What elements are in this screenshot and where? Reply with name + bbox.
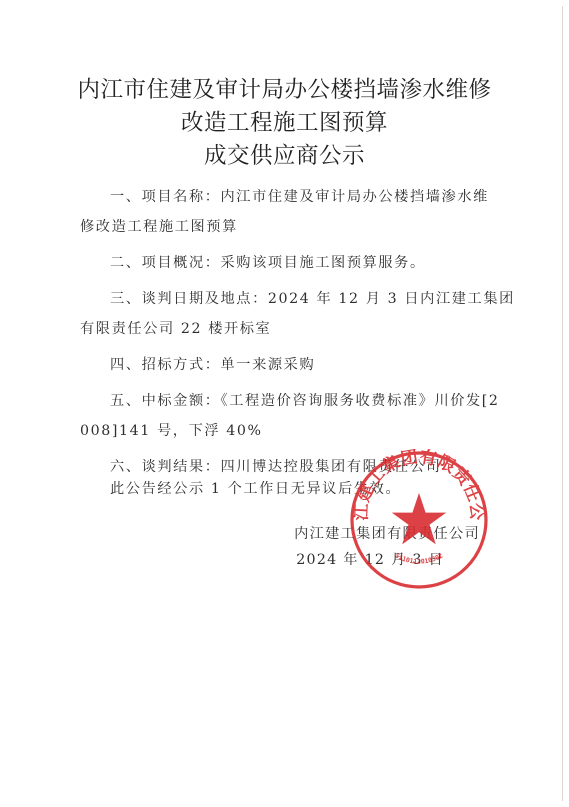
item-bidding-method: 四、招标方式：单一来源采购: [80, 350, 500, 380]
signature-date: 2024 年 12 月 3 日: [290, 547, 480, 573]
signature-company: 内江建工集团有限责任公司: [290, 521, 480, 547]
item-negotiation-date-place: 三、谈判日期及地点：2024 年 12 月 3 日内江建工集团 有限责任公司 2…: [80, 284, 500, 344]
item-bid-amount-line2: 008]141 号，下浮 40%: [80, 416, 500, 446]
item-project-name: 一、项目名称：内江市住建及审计局办公楼挡墙渗水维 修改造工程施工图预算: [80, 182, 500, 242]
item-project-overview-line1: 二、项目概况：采购该项目施工图预算服务。: [110, 255, 426, 271]
notice-statement: 此公告经公示 1 个工作日无异议后生效。: [110, 478, 401, 498]
document-title: 内江市住建及审计局办公楼挡墙渗水维修 改造工程施工图预算 成交供应商公示: [0, 74, 569, 173]
item-bidding-method-line1: 四、招标方式：单一来源采购: [110, 357, 315, 373]
item-project-name-line1: 一、项目名称：内江市住建及审计局办公楼挡墙渗水维: [110, 189, 489, 205]
title-line-3: 成交供应商公示: [0, 140, 569, 173]
item-negotiation-result-line1: 六、谈判结果：四川博达控股集团有限责任公司: [110, 459, 442, 475]
item-negotiation-line1: 三、谈判日期及地点：2024 年 12 月 3 日内江建工集团: [110, 291, 515, 307]
document-body: 一、项目名称：内江市住建及审计局办公楼挡墙渗水维 修改造工程施工图预算 二、项目…: [80, 182, 500, 482]
item-project-name-line2: 修改造工程施工图预算: [80, 212, 500, 242]
title-line-2: 改造工程施工图预算: [0, 107, 569, 140]
signature-block: 内江建工集团有限责任公司 2024 年 12 月 3 日: [290, 521, 480, 573]
item-negotiation-line2: 有限责任公司 22 楼开标室: [80, 314, 500, 344]
item-bid-amount: 五、中标金额：《工程造价咨询服务收费标准》川价发[2 008]141 号，下浮 …: [80, 386, 500, 446]
item-project-overview: 二、项目概况：采购该项目施工图预算服务。: [80, 248, 500, 278]
item-bid-amount-line1: 五、中标金额：《工程造价咨询服务收费标准》川价发[2: [110, 393, 500, 409]
title-line-1: 内江市住建及审计局办公楼挡墙渗水维修: [0, 74, 569, 107]
